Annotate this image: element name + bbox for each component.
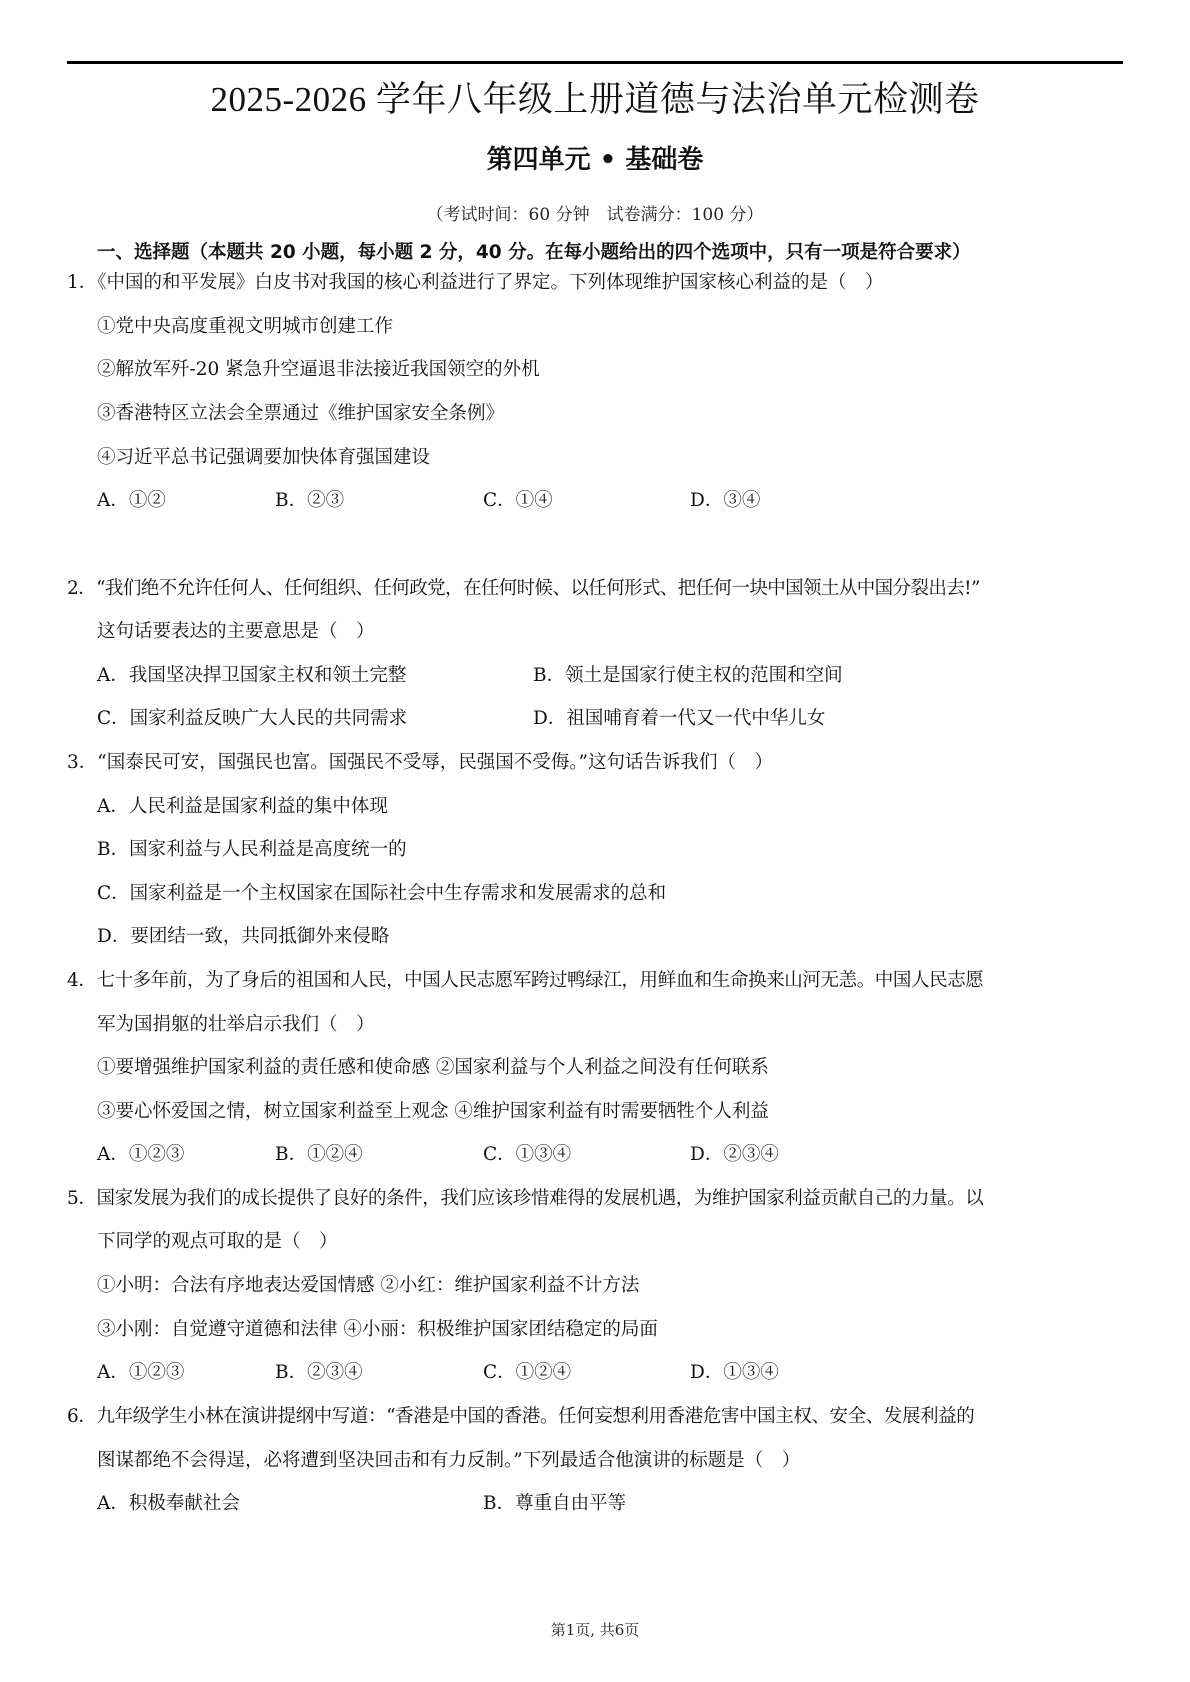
- option-a[interactable]: A．①②③: [97, 1140, 184, 1170]
- statement: ③香港特区立法会全票通过《维护国家安全条例》: [97, 399, 504, 429]
- statement: ④习近平总书记强调要加快体育强国建设: [97, 443, 430, 473]
- exam-page: 2025-2026 学年八年级上册道德与法治单元检测卷 第四单元 • 基础卷 （…: [0, 0, 1190, 1682]
- exam-title: 2025-2026 学年八年级上册道德与法治单元检测卷: [0, 76, 1190, 124]
- question-number: 5．: [67, 1188, 96, 1209]
- option-d[interactable]: D．②③④: [690, 1140, 779, 1170]
- question-stem-continued: 这句话要表达的主要意思是（ ）: [97, 617, 375, 647]
- exam-subtitle: 第四单元 • 基础卷: [0, 140, 1190, 180]
- option-c[interactable]: C．①④: [483, 486, 553, 516]
- statement: ①小明：合法有序地表达爱国情感 ②小红：维护国家利益不计方法: [97, 1271, 639, 1301]
- option-a[interactable]: A．人民利益是国家利益的集中体现: [97, 792, 388, 822]
- page-footer: 第1页, 共6页: [0, 1618, 1190, 1642]
- option-c[interactable]: C．国家利益是一个主权国家在国际社会中生存需求和发展需求的总和: [97, 879, 666, 909]
- exam-info: （考试时间：60 分钟 试卷满分：100 分）: [0, 200, 1190, 230]
- option-a[interactable]: A．我国坚决捍卫国家主权和领土完整: [97, 661, 406, 691]
- option-d[interactable]: D．要团结一致，共同抵御外来侵略: [97, 922, 389, 952]
- option-c[interactable]: C．①③④: [483, 1140, 571, 1170]
- option-a[interactable]: A．①②③: [97, 1358, 184, 1388]
- option-b[interactable]: B．领土是国家行使主权的范围和空间: [533, 661, 843, 691]
- question-stem: 2．“我们绝不允许任何人、任何组织、任何政党，在任何时候、以任何形式、把任何一块…: [67, 574, 980, 604]
- option-d[interactable]: D．祖国哺育着一代又一代中华儿女: [533, 704, 825, 734]
- option-a[interactable]: A．①②: [97, 486, 166, 516]
- question-stem-continued: 下同学的观点可取的是（ ）: [97, 1227, 338, 1257]
- option-b[interactable]: B．国家利益与人民利益是高度统一的: [97, 835, 407, 865]
- section-heading: 一、选择题（本题共 20 小题，每小题 2 分，40 分。在每小题给出的四个选项…: [97, 238, 971, 268]
- question-stem-continued: 图谋都绝不会得逞，必将遭到坚决回击和有力反制。”下列最适合他演讲的标题是（ ）: [97, 1446, 800, 1476]
- statement: ①要增强维护国家利益的责任感和使命感 ②国家利益与个人利益之间没有任何联系: [97, 1053, 769, 1083]
- option-d[interactable]: D．①③④: [690, 1358, 779, 1388]
- question-stem: 5．国家发展为我们的成长提供了良好的条件，我们应该珍惜难得的发展机遇，为维护国家…: [67, 1184, 983, 1214]
- statement: ③小刚：自觉遵守道德和法律 ④小丽：积极维护国家团结稳定的局面: [97, 1315, 658, 1345]
- statement: ①党中央高度重视文明城市创建工作: [97, 312, 393, 342]
- option-b[interactable]: B．②③: [275, 486, 344, 516]
- question-number: 6．: [67, 1406, 96, 1427]
- option-b[interactable]: B．尊重自由平等: [483, 1489, 626, 1519]
- question-stem: 1．《中国的和平发展》白皮书对我国的核心利益进行了界定。下列体现维护国家核心利益…: [67, 268, 884, 298]
- question-number: 4．: [67, 970, 96, 991]
- question-stem: 3．“国泰民可安，国强民也富。国强民不受辱，民强国不受侮。”这句话告诉我们（ ）: [67, 748, 773, 778]
- statement: ②解放军歼-20 紧急升空逼退非法接近我国领空的外机: [97, 355, 540, 385]
- question-stem-continued: 军为国捐躯的壮举启示我们（ ）: [97, 1010, 375, 1040]
- question-number: 2．: [67, 578, 96, 599]
- question-number: 3．: [67, 752, 97, 773]
- option-b[interactable]: B．①②④: [275, 1140, 363, 1170]
- option-d[interactable]: D．③④: [690, 486, 760, 516]
- question-number: 1．: [67, 272, 97, 293]
- option-c[interactable]: C．①②④: [483, 1358, 571, 1388]
- header-rule: [67, 61, 1123, 64]
- option-c[interactable]: C．国家利益反映广大人民的共同需求: [97, 704, 407, 734]
- option-a[interactable]: A．积极奉献社会: [97, 1489, 240, 1519]
- option-b[interactable]: B．②③④: [275, 1358, 363, 1388]
- question-stem: 4．七十多年前，为了身后的祖国和人民，中国人民志愿军跨过鸭绿江，用鲜血和生命换来…: [67, 966, 983, 996]
- question-stem: 6．九年级学生小林在演讲提纲中写道：“香港是中国的香港。任何妄想利用香港危害中国…: [67, 1402, 974, 1432]
- statement: ③要心怀爱国之情，树立国家利益至上观念 ④维护国家利益有时需要牺牲个人利益: [97, 1097, 769, 1127]
